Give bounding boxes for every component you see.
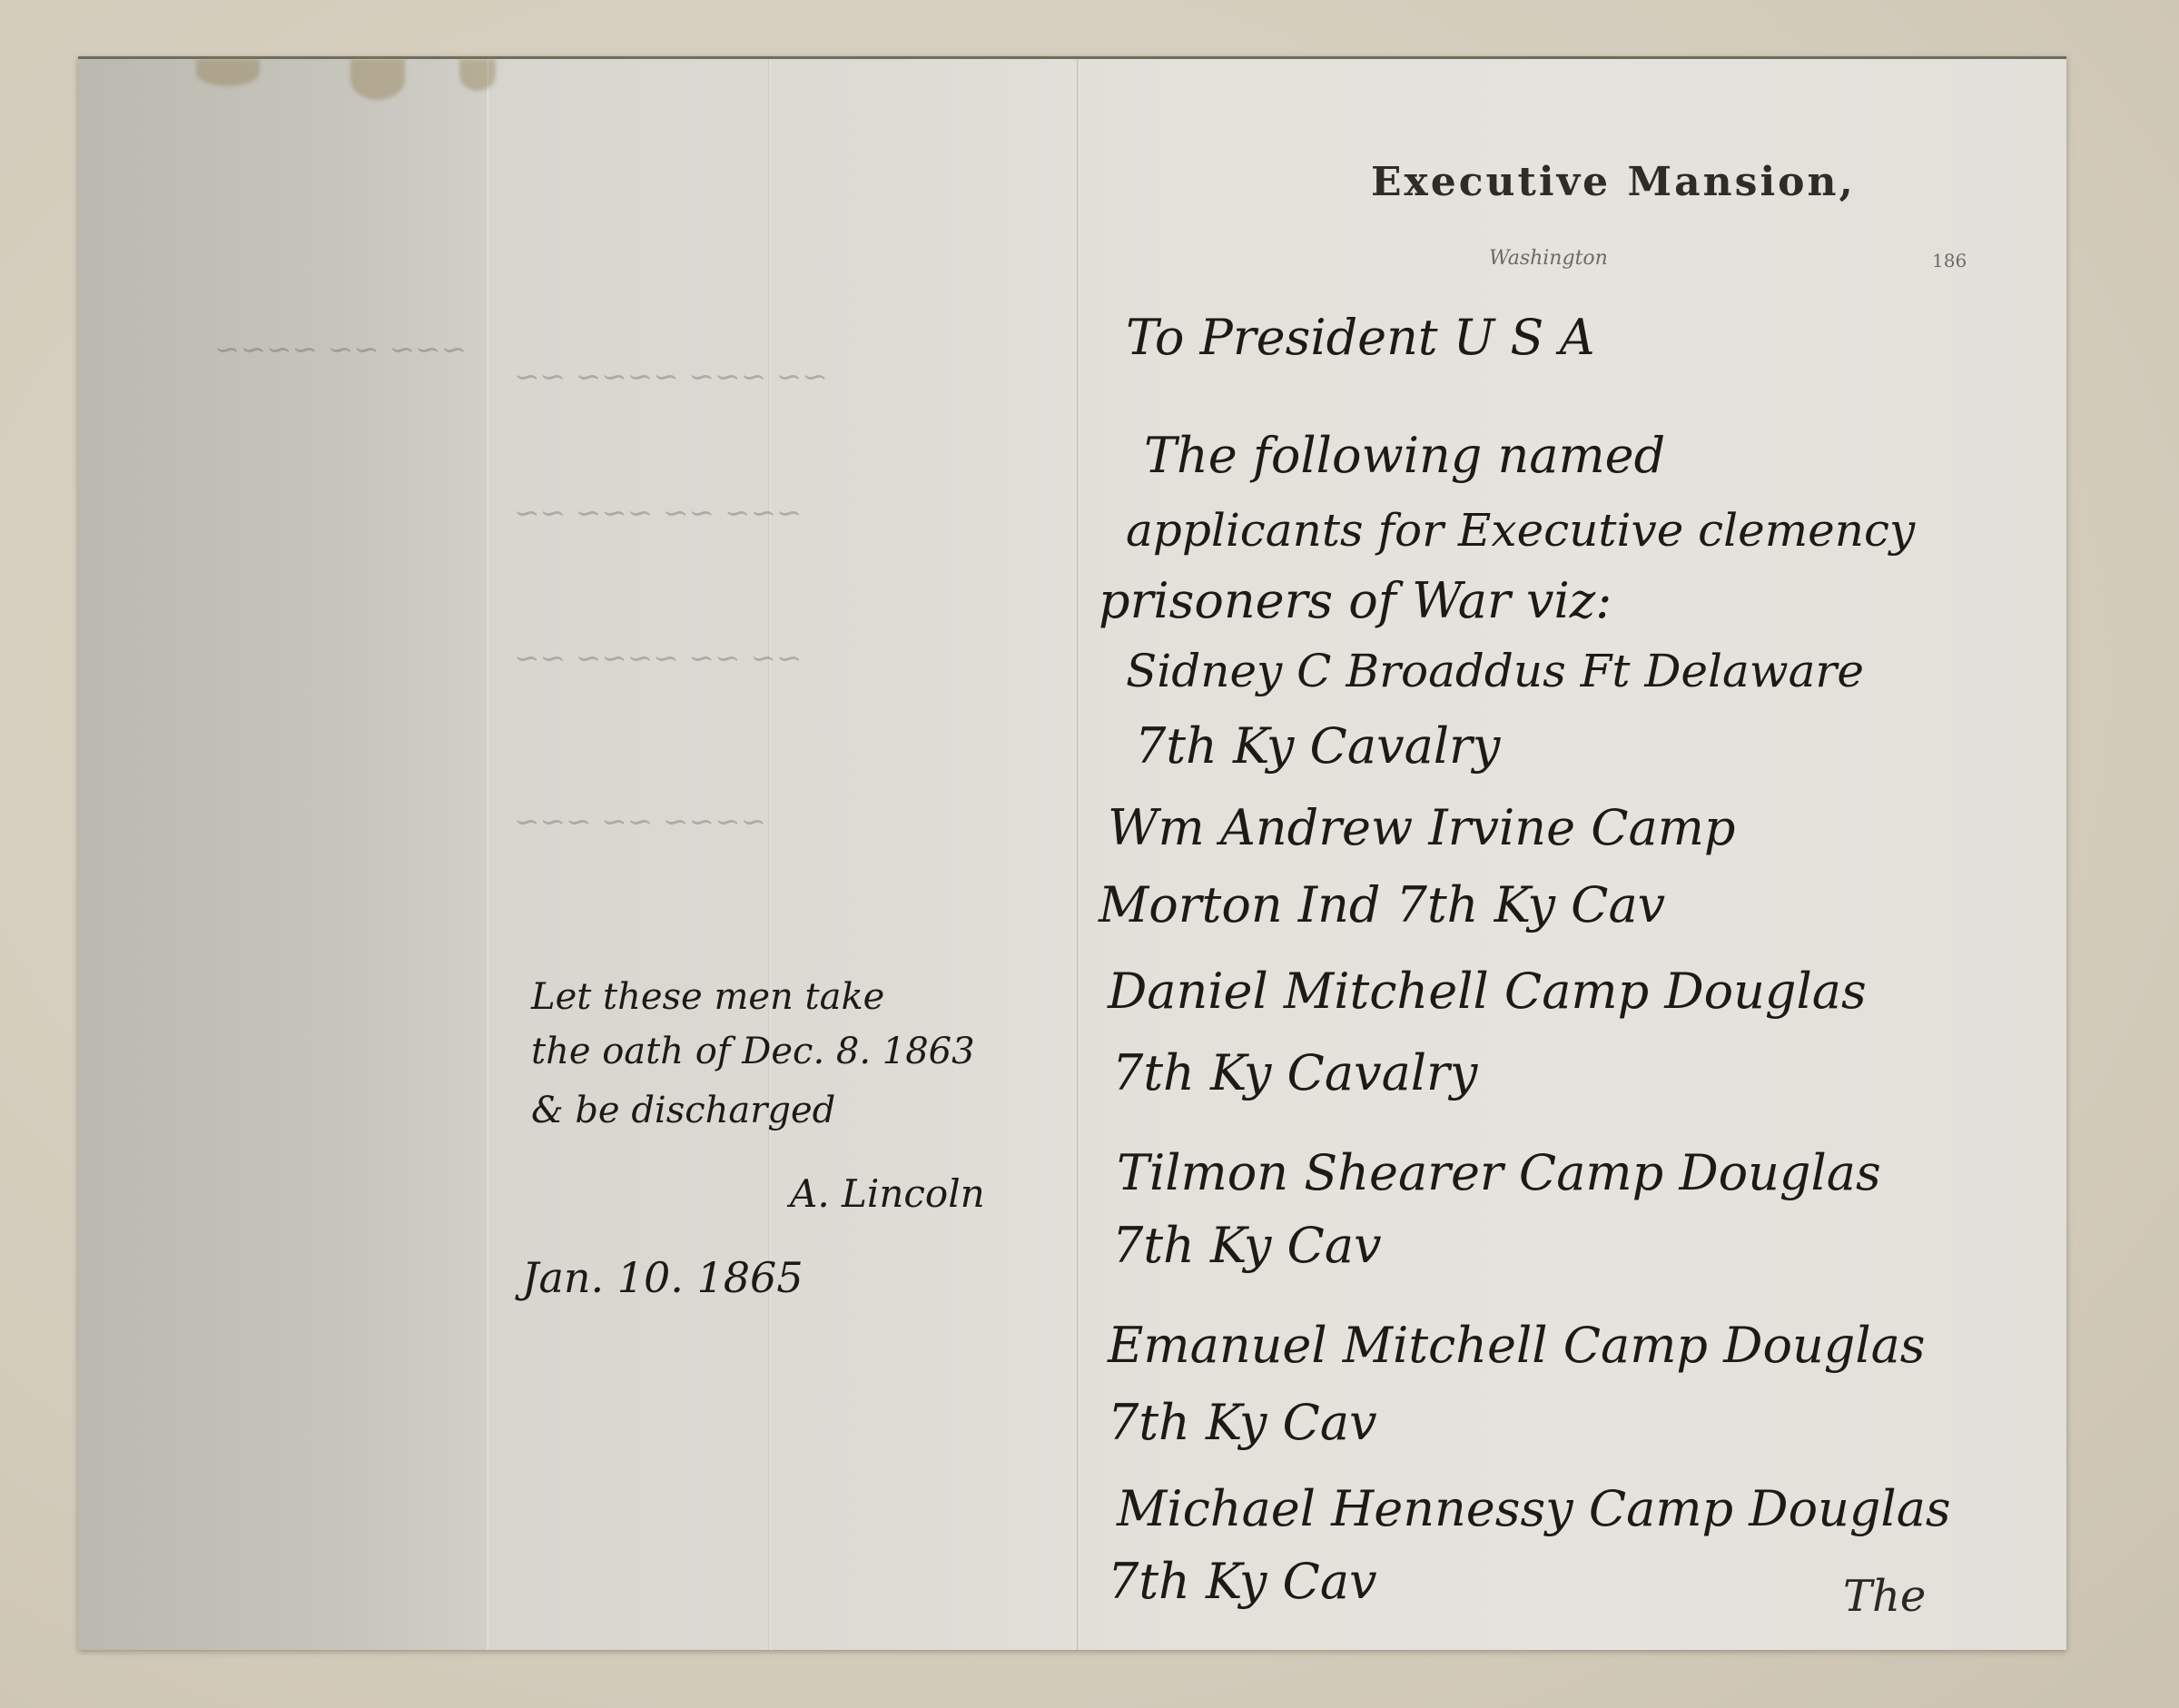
letterhead-title: Executive Mansion, bbox=[1371, 159, 1856, 205]
endorsement-line: & be discharged bbox=[531, 1090, 835, 1131]
body-line: 7th Ky Cav bbox=[1108, 1553, 1377, 1610]
body-line: Wm Andrew Irvine Camp bbox=[1108, 799, 1735, 856]
fold-line bbox=[486, 59, 488, 1650]
bleed-through-text: ~~ ~~ ~~~~ ~~ bbox=[514, 640, 802, 676]
bleed-through-text: ~~~~ ~~ ~~~ bbox=[514, 804, 766, 840]
salutation: To President U S A bbox=[1126, 309, 1595, 366]
body-line: 7th Ky Cav bbox=[1108, 1394, 1377, 1451]
water-stain bbox=[196, 59, 260, 86]
body-line: 7th Ky Cavalry bbox=[1112, 1044, 1477, 1101]
bleed-through-text: ~~~ ~~ ~~~ ~~ bbox=[514, 495, 802, 531]
water-stain bbox=[459, 59, 496, 91]
endorsement-line: the oath of Dec. 8. 1863 bbox=[531, 1031, 975, 1072]
left-panel-shadow bbox=[78, 59, 486, 1650]
endorsement-date: Jan. 10. 1865 bbox=[522, 1253, 804, 1302]
lincoln-signature: A. Lincoln bbox=[790, 1171, 985, 1216]
letter-sheet: ~~~ ~~ ~~~~ ~~ ~~~ ~~~~ ~~ ~~~ ~~ ~~~ ~~… bbox=[78, 56, 2066, 1650]
body-line: Tilmon Shearer Camp Douglas bbox=[1117, 1144, 1881, 1201]
body-line: 7th Ky Cavalry bbox=[1135, 717, 1500, 775]
body-line: Daniel Mitchell Camp Douglas bbox=[1108, 963, 1867, 1020]
fold-line bbox=[768, 59, 771, 1650]
body-line: applicants for Executive clemency bbox=[1126, 504, 1915, 557]
body-line: Emanuel Mitchell Camp Douglas bbox=[1108, 1317, 1926, 1374]
body-line: Michael Hennessy Camp Douglas bbox=[1117, 1480, 1951, 1537]
bleed-through-text: ~~~ ~~ ~~~~ bbox=[214, 331, 467, 368]
endorsement-line: Let these men take bbox=[531, 976, 884, 1018]
body-line: prisoners of War viz: bbox=[1099, 572, 1612, 629]
body-line: The following named bbox=[1144, 427, 1665, 484]
body-line: Morton Ind 7th Ky Cav bbox=[1099, 876, 1665, 933]
letterhead-year: 186 bbox=[1932, 250, 1967, 272]
body-line: 7th Ky Cav bbox=[1112, 1217, 1382, 1274]
letterhead-place: Washington bbox=[1489, 247, 1608, 270]
bleed-through-text: ~~ ~~~ ~~~~ ~~ bbox=[514, 359, 828, 395]
body-line: Sidney C Broaddus Ft Delaware bbox=[1126, 645, 1864, 697]
water-stain bbox=[350, 59, 405, 100]
center-fold-line bbox=[1077, 59, 1080, 1650]
catchword: The bbox=[1843, 1571, 1926, 1622]
